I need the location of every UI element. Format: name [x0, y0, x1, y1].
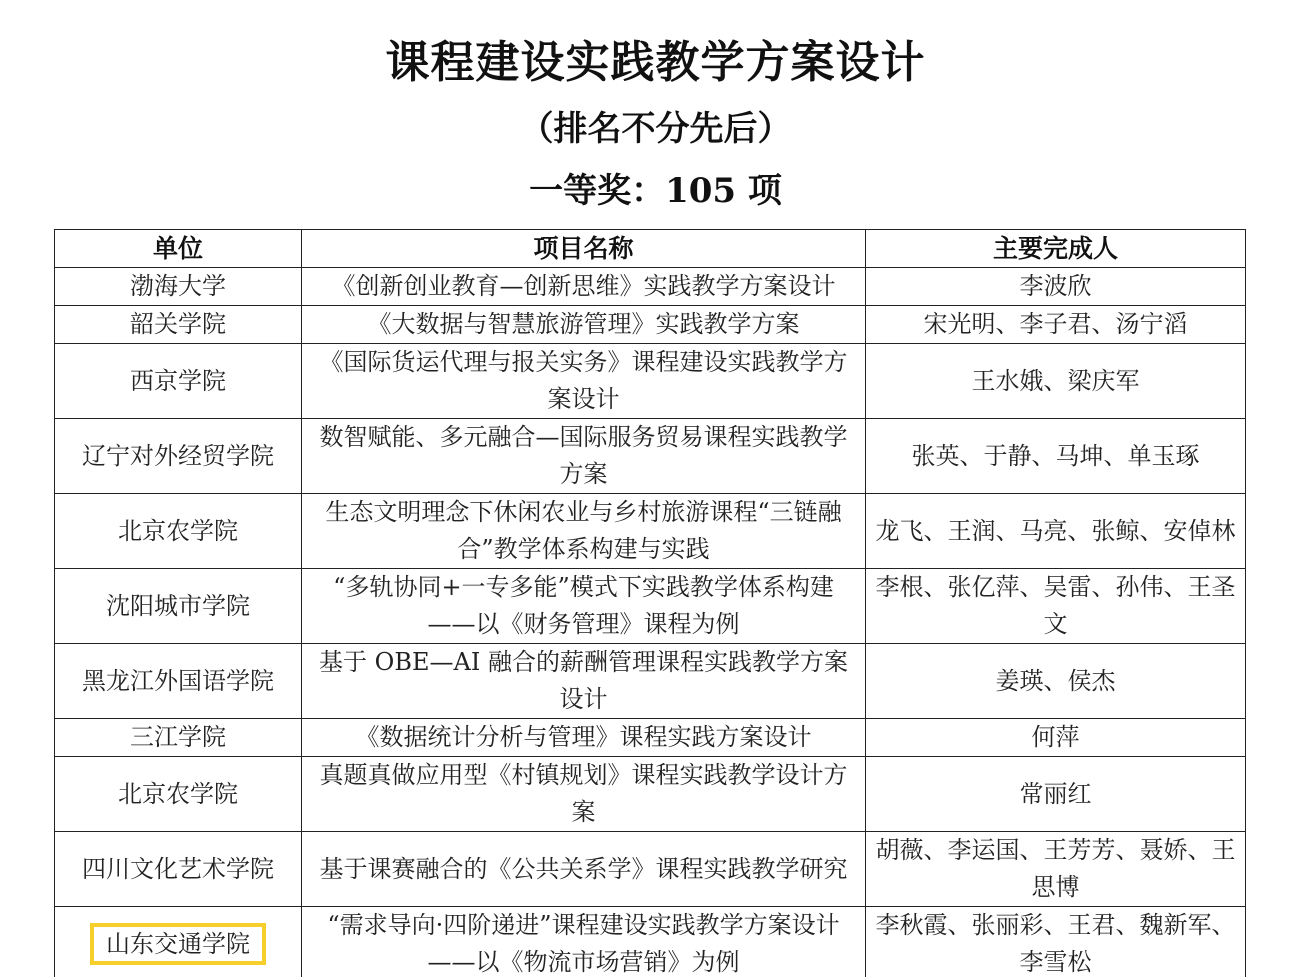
table-row: 韶关学院《大数据与智慧旅游管理》实践教学方案宋光明、李子君、汤宁滔	[55, 306, 1246, 344]
cell-members: 李根、张亿萍、吴雷、孙伟、王圣文	[866, 569, 1246, 644]
cell-project-name: “需求导向·四阶递进”课程建设实践教学方案设计——以《物流市场营销》为例	[302, 907, 866, 977]
highlighted-unit-box: 山东交通学院	[90, 923, 266, 965]
document-title: 课程建设实践教学方案设计	[0, 34, 1311, 92]
cell-unit: 辽宁对外经贸学院	[55, 419, 302, 494]
cell-members: 龙飞、王润、马亮、张鲸、安倬林	[866, 494, 1246, 569]
cell-unit: 韶关学院	[55, 306, 302, 344]
cell-unit: 黑龙江外国语学院	[55, 644, 302, 719]
header-project-name: 项目名称	[302, 230, 866, 268]
cell-members: 张英、于静、马坤、单玉琢	[866, 419, 1246, 494]
cell-unit: 四川文化艺术学院	[55, 832, 302, 907]
cell-members: 何萍	[866, 719, 1246, 757]
table-row: 西京学院《国际货运代理与报关实务》课程建设实践教学方案设计王水娥、梁庆军	[55, 344, 1246, 419]
cell-project-name: 真题真做应用型《村镇规划》课程实践教学设计方案	[302, 757, 866, 832]
award-table: 单位 项目名称 主要完成人 渤海大学《创新创业教育—创新思维》实践教学方案设计李…	[54, 229, 1246, 977]
cell-members: 常丽红	[866, 757, 1246, 832]
cell-unit: 北京农学院	[55, 757, 302, 832]
table-row: 北京农学院真题真做应用型《村镇规划》课程实践教学设计方案常丽红	[55, 757, 1246, 832]
table-row: 黑龙江外国语学院基于 OBE—AI 融合的薪酬管理课程实践教学方案设计姜瑛、侯杰	[55, 644, 1246, 719]
table-header-row: 单位 项目名称 主要完成人	[55, 230, 1246, 268]
cell-unit: 北京农学院	[55, 494, 302, 569]
document-subtitle: （排名不分先后）	[0, 104, 1311, 154]
cell-project-name: 《数据统计分析与管理》课程实践方案设计	[302, 719, 866, 757]
table-row: 渤海大学《创新创业教育—创新思维》实践教学方案设计李波欣	[55, 268, 1246, 306]
cell-project-name: 《国际货运代理与报关实务》课程建设实践教学方案设计	[302, 344, 866, 419]
table-row: 四川文化艺术学院基于课赛融合的《公共关系学》课程实践教学研究胡薇、李运国、王芳芳…	[55, 832, 1246, 907]
cell-project-name: 《创新创业教育—创新思维》实践教学方案设计	[302, 268, 866, 306]
table-row: 北京农学院生态文明理念下休闲农业与乡村旅游课程“三链融合”教学体系构建与实践龙飞…	[55, 494, 1246, 569]
table-body: 渤海大学《创新创业教育—创新思维》实践教学方案设计李波欣韶关学院《大数据与智慧旅…	[55, 268, 1246, 977]
cell-project-name: 基于课赛融合的《公共关系学》课程实践教学研究	[302, 832, 866, 907]
header-main-members: 主要完成人	[866, 230, 1246, 268]
cell-members: 宋光明、李子君、汤宁滔	[866, 306, 1246, 344]
table-row: 辽宁对外经贸学院数智赋能、多元融合—国际服务贸易课程实践教学方案张英、于静、马坤…	[55, 419, 1246, 494]
cell-project-name: 《大数据与智慧旅游管理》实践教学方案	[302, 306, 866, 344]
cell-members: 胡薇、李运国、王芳芳、聂娇、王思博	[866, 832, 1246, 907]
cell-project-name: “多轨协同+一专多能”模式下实践教学体系构建——以《财务管理》课程为例	[302, 569, 866, 644]
cell-members: 李秋霞、张丽彩、王君、魏新军、李雪松	[866, 907, 1246, 977]
cell-project-name: 生态文明理念下休闲农业与乡村旅游课程“三链融合”教学体系构建与实践	[302, 494, 866, 569]
award-count-heading: 一等奖：105 项	[0, 166, 1311, 216]
table-row: 山东交通学院“需求导向·四阶递进”课程建设实践教学方案设计——以《物流市场营销》…	[55, 907, 1246, 977]
cell-unit: 沈阳城市学院	[55, 569, 302, 644]
cell-members: 李波欣	[866, 268, 1246, 306]
cell-project-name: 数智赋能、多元融合—国际服务贸易课程实践教学方案	[302, 419, 866, 494]
cell-unit: 山东交通学院	[55, 907, 302, 977]
cell-unit: 渤海大学	[55, 268, 302, 306]
cell-members: 王水娥、梁庆军	[866, 344, 1246, 419]
cell-members: 姜瑛、侯杰	[866, 644, 1246, 719]
cell-unit: 西京学院	[55, 344, 302, 419]
table-row: 沈阳城市学院“多轨协同+一专多能”模式下实践教学体系构建——以《财务管理》课程为…	[55, 569, 1246, 644]
header-unit: 单位	[55, 230, 302, 268]
cell-unit: 三江学院	[55, 719, 302, 757]
table-row: 三江学院《数据统计分析与管理》课程实践方案设计何萍	[55, 719, 1246, 757]
cell-project-name: 基于 OBE—AI 融合的薪酬管理课程实践教学方案设计	[302, 644, 866, 719]
